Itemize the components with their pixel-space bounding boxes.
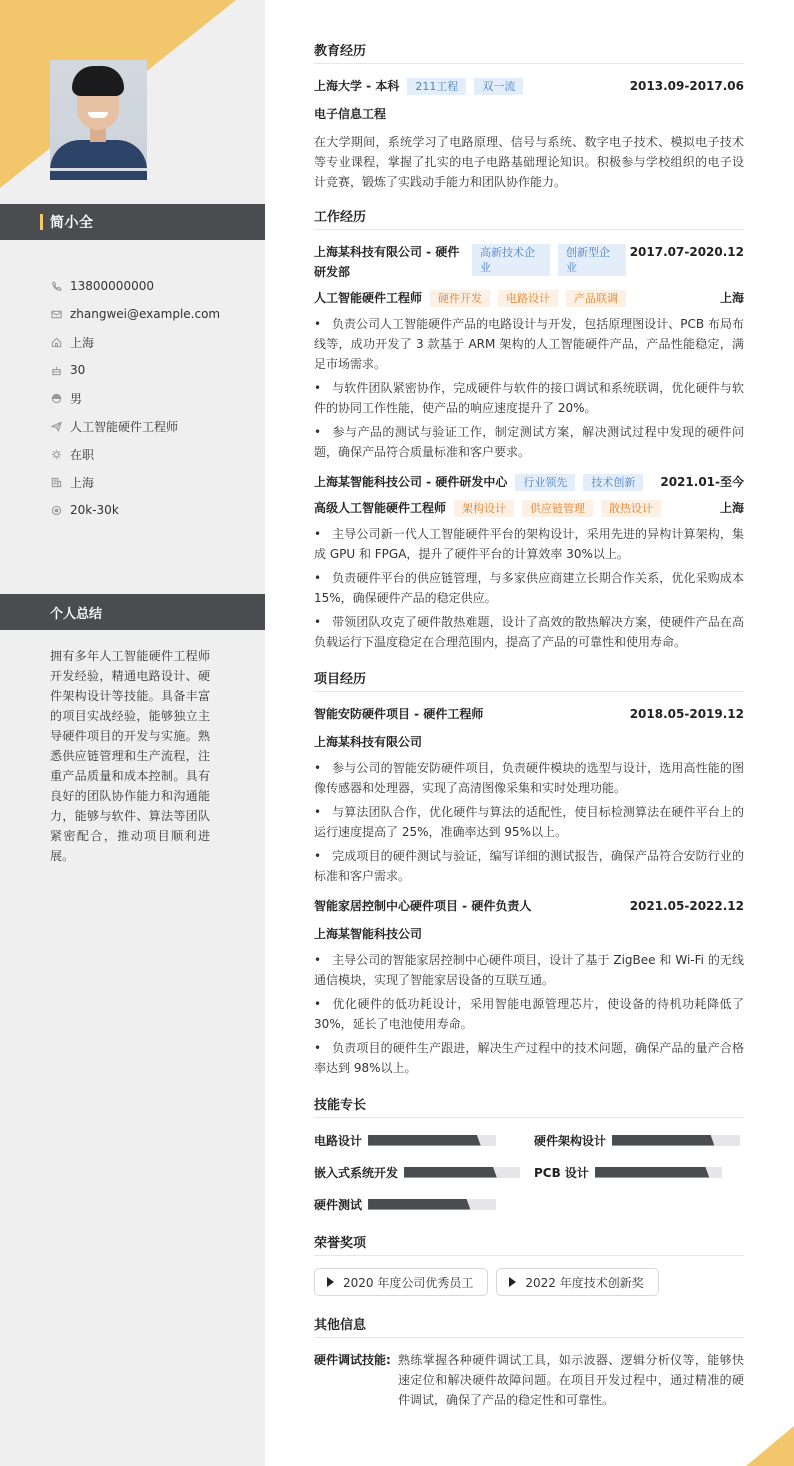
section-title: 项目经历 [314,668,744,692]
work-bullet: •与软件团队紧密协作，完成硬件与软件的接口调试和系统联调，优化硬件与软件的协同工… [314,378,744,418]
mail-icon [50,308,62,320]
project-bullet: •主导公司的智能家居控制中心硬件项目，设计了基于 ZigBee 和 Wi-Fi … [314,950,744,990]
projects-section: 项目经历 智能安防硬件项目 - 硬件工程师 2018.05-2019.12 上海… [314,668,744,1078]
project-name: 智能家居控制中心硬件项目 - 硬件负责人 [314,896,531,916]
role-tag: 电路设计 [498,290,558,307]
contact-email: zhangwei@example.com [50,300,250,328]
home-icon [50,336,62,348]
work-bullet: •参与产品的测试与验证工作，制定测试方案，解决测试过程中发现的硬件问题，确保产品… [314,422,744,462]
major: 电子信息工程 [314,104,744,124]
work-city: 上海 [720,288,744,308]
contact-city: 上海 [50,468,250,496]
work-city: 上海 [720,498,744,518]
skill-item: 硬件测试 [314,1194,534,1214]
work-date: 2021.01-至今 [660,472,744,492]
project-company: 上海某科技有限公司 [314,732,744,752]
send-icon [50,420,62,432]
job-role: 人工智能硬件工程师 [314,288,422,308]
contact-salary: 20k-30k [50,496,250,524]
role-tag: 产品联调 [566,290,626,307]
award-item[interactable]: 2022 年度技术创新奖 [496,1268,658,1296]
skill-bar [612,1135,740,1146]
project-date: 2018.05-2019.12 [630,704,744,724]
section-title: 荣誉奖项 [314,1232,744,1256]
project-name: 智能安防硬件项目 - 硬件工程师 [314,704,483,724]
contact-age: 30 [50,356,250,384]
school-name: 上海大学 - 本科 [314,76,399,96]
company-name: 上海某科技有限公司 - 硬件研发部 [314,242,464,282]
contact-list: 13800000000 zhangwei@example.com 上海 30 男… [50,272,250,524]
job-role: 高级人工智能硬件工程师 [314,498,446,518]
project-entry: 智能安防硬件项目 - 硬件工程师 2018.05-2019.12 上海某科技有限… [314,704,744,886]
skills-section: 技能专长 电路设计 硬件架构设计 嵌入式系统开发 PCB 设计 硬件测试 [314,1094,744,1214]
work-bullet: •带领团队攻克了硬件散热难题，设计了高效的散热解决方案，使硬件产品在高负载运行下… [314,612,744,652]
summary-header: 个人总结 [0,594,265,630]
gender-icon [50,392,62,404]
section-title: 其他信息 [314,1314,744,1338]
company-tag: 创新型企业 [558,244,626,276]
award-item[interactable]: 2020 年度公司优秀员工 [314,1268,488,1296]
work-section: 工作经历 上海某科技有限公司 - 硬件研发部 高新技术企业 创新型企业 2017… [314,206,744,652]
school-tag: 211工程 [407,78,466,95]
project-entry: 智能家居控制中心硬件项目 - 硬件负责人 2021.05-2022.12 上海某… [314,896,744,1078]
role-tag: 架构设计 [454,500,514,517]
skill-item: 硬件架构设计 [534,1130,744,1150]
skill-bar [368,1199,496,1210]
contact-gender: 男 [50,384,250,412]
company-name: 上海某智能科技公司 - 硬件研发中心 [314,472,507,492]
project-bullet: •负责项目的硬件生产跟进，解决生产过程中的技术问题，确保产品的量产合格率达到 9… [314,1038,744,1078]
name-header: 简小全 [0,204,265,240]
play-triangle-icon [509,1277,516,1287]
awards-section: 荣誉奖项 2020 年度公司优秀员工 2022 年度技术创新奖 [314,1232,744,1296]
section-title: 工作经历 [314,206,744,230]
project-bullet: •完成项目的硬件测试与验证，编写详细的测试报告，确保产品符合安防行业的标准和客户… [314,846,744,886]
decorative-corner [746,1426,794,1466]
project-date: 2021.05-2022.12 [630,896,744,916]
education-section: 教育经历 上海大学 - 本科 211工程 双一流 2013.09-2017.06… [314,40,744,192]
status-icon [50,448,62,460]
work-date: 2017.07-2020.12 [630,242,744,262]
salary-icon [50,504,62,516]
company-tag: 高新技术企业 [472,244,550,276]
section-title: 教育经历 [314,40,744,64]
skill-bar [595,1167,722,1178]
role-tag: 散热设计 [601,500,661,517]
contact-status: 在职 [50,440,250,468]
work-bullet: •主导公司新一代人工智能硬件平台的架构设计，采用先进的异构计算架构，集成 GPU… [314,524,744,564]
person-name: 简小全 [50,212,94,232]
building-icon [50,476,62,488]
skill-item: PCB 设计 [534,1162,744,1182]
accent-marker [40,214,43,230]
work-entry: 上海某科技有限公司 - 硬件研发部 高新技术企业 创新型企业 2017.07-2… [314,242,744,462]
contact-location: 上海 [50,328,250,356]
role-tag: 供应链管理 [522,500,593,517]
sidebar: 简小全 13800000000 zhangwei@example.com 上海 … [0,0,265,1466]
school-tag: 双一流 [474,78,523,95]
company-tag: 行业领先 [515,474,575,491]
avatar [50,60,147,180]
contact-phone: 13800000000 [50,272,250,300]
project-bullet: •参与公司的智能安防硬件项目，负责硬件模块的选型与设计，选用高性能的图像传感器和… [314,758,744,798]
work-bullet: •负责硬件平台的供应链管理，与多家供应商建立长期合作关系，优化采购成本 15%，… [314,568,744,608]
main-content: 教育经历 上海大学 - 本科 211工程 双一流 2013.09-2017.06… [314,40,744,1424]
education-description: 在大学期间，系统学习了电路原理、信号与系统、数字电子技术、模拟电子技术等专业课程… [314,132,744,192]
other-key: 硬件调试技能: [314,1350,398,1410]
work-entry: 上海某智能科技公司 - 硬件研发中心 行业领先 技术创新 2021.01-至今 … [314,472,744,652]
role-tag: 硬件开发 [430,290,490,307]
phone-icon [50,280,62,292]
project-company: 上海某智能科技公司 [314,924,744,944]
project-bullet: •优化硬件的低功耗设计，采用智能电源管理芯片，使设备的待机功耗降低了 30%，延… [314,994,744,1034]
skill-item: 嵌入式系统开发 [314,1162,534,1182]
other-value: 熟练掌握各种硬件调试工具，如示波器、逻辑分析仪等，能够快速定位和解决硬件故障问题… [398,1350,744,1410]
work-bullet: •负责公司人工智能硬件产品的电路设计与开发，包括原理图设计、PCB 布局布线等，… [314,314,744,374]
company-tag: 技术创新 [583,474,643,491]
other-section: 其他信息 硬件调试技能: 熟练掌握各种硬件调试工具，如示波器、逻辑分析仪等，能够… [314,1314,744,1410]
contact-position: 人工智能硬件工程师 [50,412,250,440]
section-title: 技能专长 [314,1094,744,1118]
summary-text: 拥有多年人工智能硬件工程师开发经验，精通电路设计、硬件架构设计等技能。具备丰富的… [50,646,210,866]
education-date: 2013.09-2017.06 [630,76,744,96]
project-bullet: •与算法团队合作，优化硬件与算法的适配性，使目标检测算法在硬件平台上的运行速度提… [314,802,744,842]
skill-item: 电路设计 [314,1130,534,1150]
play-triangle-icon [327,1277,334,1287]
skill-bar [404,1167,520,1178]
cake-icon [50,364,62,376]
skill-bar [368,1135,496,1146]
